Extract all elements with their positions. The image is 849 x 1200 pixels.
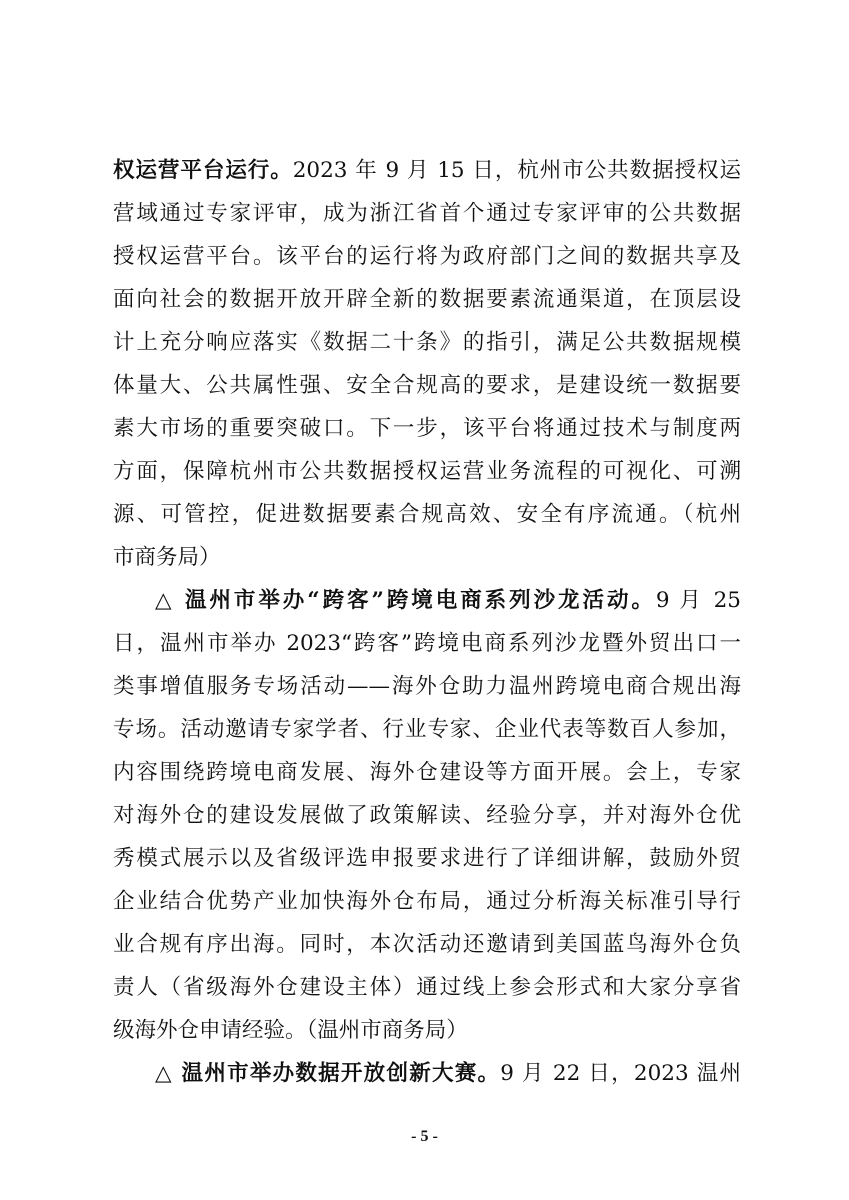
paragraph-1-line-1: 权运营平台运行。2023 年 9 月 15 日，杭州市公共数据授权运 xyxy=(113,156,741,186)
paragraph-2-line-1: △ 温州市举办“跨客”跨境电商系列沙龙活动。9 月 25 xyxy=(155,586,741,616)
paragraph-1-line-3: 授权运营平台。该平台的运行将为政府部门之间的数据共享及 xyxy=(113,242,741,272)
paragraph-2-line-11: 级海外仓申请经验。（温州市商务局） xyxy=(113,1016,741,1046)
paragraph-1-line-2: 营域通过专家评审，成为浙江省首个通过专家评审的公共数据 xyxy=(113,199,741,229)
paragraph-1-line-6: 体量大、公共属性强、安全合规高的要求，是建设统一数据要 xyxy=(113,371,741,401)
paragraph-1-line-8: 方面，保障杭州市公共数据授权运营业务流程的可视化、可溯 xyxy=(113,457,741,487)
paragraph-1-line-4: 面向社会的数据开放开辟全新的数据要素流通渠道，在顶层设 xyxy=(113,285,741,315)
heading-bold-text: △ 温州市举办“跨客”跨境电商系列沙龙活动。 xyxy=(155,588,656,613)
heading-bold-text: 权运营平台运行。 xyxy=(113,158,293,183)
paragraph-2-line-9: 业合规有序出海。同时，本次活动还邀请到美国蓝鸟海外仓负 xyxy=(113,930,741,960)
paragraph-2-line-5: 内容围绕跨境电商发展、海外仓建设等方面开展。会上，专家 xyxy=(113,758,741,788)
paragraph-3-line-1: △ 温州市举办数据开放创新大赛。9 月 22 日，2023 温州 xyxy=(155,1059,741,1089)
paragraph-1-line-9: 源、可管控，促进数据要素合规高效、安全有序流通。（杭州 xyxy=(113,500,741,530)
paragraph-2-line-4: 专场。活动邀请专家学者、行业专家、企业代表等数百人参加， xyxy=(113,715,741,745)
body-text: 9 月 22 日，2023 温州 xyxy=(500,1061,741,1086)
body-text: 9 月 25 xyxy=(656,588,741,613)
document-page: 权运营平台运行。2023 年 9 月 15 日，杭州市公共数据授权运 营域通过专… xyxy=(0,0,849,1200)
paragraph-1-line-10: 市商务局） xyxy=(113,543,741,573)
paragraph-2-line-8: 企业结合优势产业加快海外仓布局，通过分析海关标准引导行 xyxy=(113,887,741,917)
paragraph-1-line-7: 素大市场的重要突破口。下一步，该平台将通过技术与制度两 xyxy=(113,414,741,444)
paragraph-2-line-10: 责人（省级海外仓建设主体）通过线上参会形式和大家分享省 xyxy=(113,973,741,1003)
body-text: 2023 年 9 月 15 日，杭州市公共数据授权运 xyxy=(293,158,741,183)
page-number: - 5 - xyxy=(0,1128,849,1146)
paragraph-2-line-2: 日，温州市举办 2023“跨客”跨境电商系列沙龙暨外贸出口一 xyxy=(113,629,741,659)
paragraph-2-line-7: 秀模式展示以及省级评选申报要求进行了详细讲解，鼓励外贸 xyxy=(113,844,741,874)
paragraph-2-line-6: 对海外仓的建设发展做了政策解读、经验分享，并对海外仓优 xyxy=(113,801,741,831)
paragraph-2-line-3: 类事增值服务专场活动——海外仓助力温州跨境电商合规出海 xyxy=(113,672,741,702)
paragraph-1-line-5: 计上充分响应落实《数据二十条》的指引，满足公共数据规模 xyxy=(113,328,741,358)
heading-bold-text: △ 温州市举办数据开放创新大赛。 xyxy=(155,1061,500,1086)
